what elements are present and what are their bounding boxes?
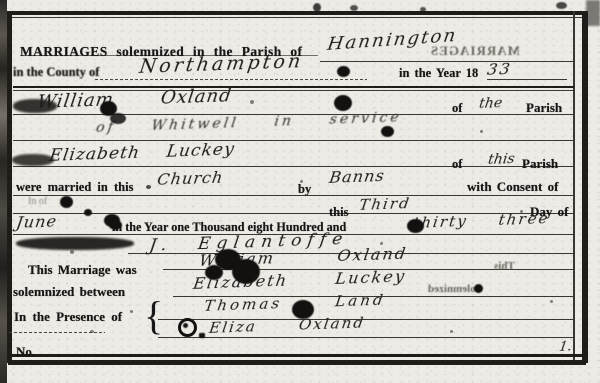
- border-top: [8, 11, 584, 15]
- ink-blot: [556, 2, 567, 9]
- bleedthrough-text: In of: [28, 196, 47, 207]
- by-method-handwritten: Banns: [328, 166, 386, 187]
- border-bottom-outer: [8, 360, 586, 365]
- marriage-was-label: This Marriage was: [28, 262, 137, 278]
- border-right-inner: [573, 11, 575, 362]
- witness2-signature-handwritten: Eliza Oxland: [208, 314, 366, 337]
- county-label: in the County of: [13, 65, 99, 80]
- consent-label: with Consent of: [467, 179, 558, 195]
- year-label: in the Year 18: [399, 66, 478, 81]
- scan-left-edge: [0, 0, 7, 383]
- ink-blot: [350, 5, 358, 11]
- married-place-handwritten: Church: [156, 168, 225, 189]
- ink-smear: [16, 237, 134, 250]
- year-value-handwritten: 33: [486, 59, 513, 79]
- groom-parish-word-handwritten: the: [478, 95, 503, 112]
- presence-label: In the Presence of: [14, 309, 122, 325]
- parish-label: Parish: [526, 100, 562, 116]
- ink-blot: [199, 333, 205, 338]
- border-right-outer: [582, 11, 588, 363]
- entry-number-handwritten: 1.: [558, 340, 573, 355]
- paper-speck: [550, 300, 553, 303]
- ink-blot: [60, 196, 73, 208]
- ruled-line: [487, 79, 567, 80]
- paper-speck: [300, 180, 303, 183]
- paper-speck: [520, 210, 523, 213]
- border-bottom-inner: [8, 354, 586, 357]
- by-label: by: [298, 182, 311, 197]
- ink-blot: [420, 7, 426, 12]
- ruled-line: [13, 195, 574, 196]
- paper-speck: [480, 130, 483, 133]
- bride-signature-handwritten: Elizabeth Luckey: [192, 267, 407, 293]
- ink-blot: [381, 126, 394, 137]
- bride-parish-word-handwritten: this: [487, 151, 516, 168]
- ink-blot: [205, 265, 223, 280]
- ink-blot: [110, 113, 126, 124]
- header-divider: [13, 86, 574, 88]
- bleedthrough-text: This: [494, 260, 515, 272]
- ink-blot: [313, 3, 321, 12]
- ruled-line: [320, 61, 574, 62]
- scan-corner-smudge: [586, 0, 600, 26]
- bleedthrough-text: solemnized: [428, 283, 480, 295]
- marriage-register-scan: MARRIAGES solemnized in the Parish of MA…: [0, 0, 600, 383]
- paper-speck: [146, 185, 151, 189]
- ink-blot: [474, 284, 483, 293]
- paper-speck: [380, 242, 383, 245]
- paper-speck: [250, 100, 254, 104]
- ink-blot: [183, 323, 188, 328]
- paper-speck: [90, 330, 94, 333]
- ruled-line: [158, 337, 574, 338]
- solemnized-label: solemnized between: [13, 284, 125, 300]
- ink-blot: [334, 95, 352, 111]
- ink-blot: [84, 209, 92, 216]
- county-name-handwritten: Northampton: [138, 50, 305, 78]
- paper-speck: [450, 330, 453, 333]
- ruled-line: [95, 79, 367, 80]
- border-left: [7, 11, 12, 363]
- border-top-inner: [8, 17, 584, 18]
- ink-blot: [337, 66, 350, 77]
- ink-blot: [232, 259, 260, 284]
- day-value-handwritten: Third: [358, 194, 412, 214]
- ink-blot: [407, 219, 424, 233]
- of-label: of: [452, 101, 462, 116]
- of-label: of: [452, 157, 462, 172]
- ink-blot: [109, 220, 122, 230]
- married-label: were married in this: [16, 180, 133, 195]
- paper-speck: [130, 310, 133, 313]
- year-words-value-handwritten: thirty three: [412, 209, 551, 232]
- month-value-handwritten: June: [15, 212, 58, 232]
- no-label: No.: [16, 344, 35, 360]
- ink-blot-ring: [178, 318, 197, 337]
- parish-label: Parish: [522, 156, 558, 172]
- this-label: this: [329, 205, 348, 220]
- bride-name-handwritten: Elizabeth Luckey: [48, 140, 236, 166]
- brace-glyph: {: [144, 292, 163, 339]
- ruled-line: [13, 140, 574, 141]
- paper-speck: [70, 250, 74, 254]
- ink-blot: [292, 300, 314, 319]
